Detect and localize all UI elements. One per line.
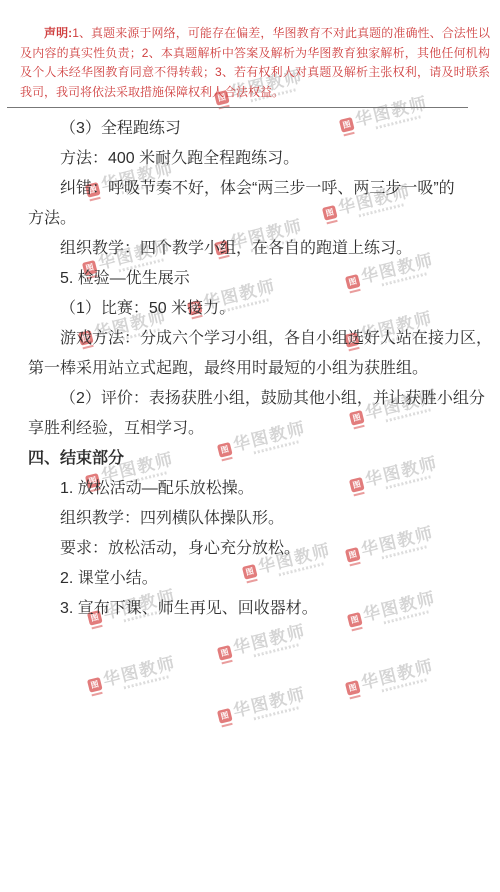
paragraph-line: 享胜利经验，互相学习。 (28, 414, 488, 444)
paragraph-line: 第一棒采用站立式起跑，最终用时最短的小组为获胜组。 (28, 354, 488, 384)
huatu-logo-glyph: 图 (345, 680, 361, 696)
huatu-logo-caption (350, 695, 361, 700)
paragraph: 2. 课堂小结。 (28, 564, 488, 594)
paragraph-line: 四、结束部分 (28, 444, 488, 474)
divider-line (7, 107, 468, 108)
paragraph-line: 3. 宣布下课、师生再见、回收器材。 (28, 594, 488, 624)
paragraph-line: 组织教学：四个教学小组，在各自的跑道上练习。 (28, 234, 488, 264)
huatu-logo-caption (352, 627, 363, 632)
huatu-logo-caption (222, 660, 233, 665)
huatu-logo-icon: 图 (217, 645, 234, 665)
paragraph: 1. 放松活动—配乐放松操。 (28, 474, 488, 504)
paragraph-line: 要求：放松活动，身心充分放松。 (28, 534, 488, 564)
paragraph-line: （3）全程跑练习 (28, 114, 488, 144)
watermark-subtext (254, 706, 299, 720)
huatu-watermark: 图华图教师 (86, 653, 179, 697)
paragraph: 3. 宣布下课、师生再见、回收器材。 (28, 594, 488, 624)
huatu-logo-caption (92, 625, 103, 630)
huatu-logo-icon: 图 (217, 708, 234, 728)
watermark-label: 华图教师 (359, 656, 435, 692)
paragraph-line: 方法：400 米耐久跑全程跑练习。 (28, 144, 488, 174)
paragraph-line: 纠错：呼吸节奏不好，体会“两三步一呼、两三步一吸”的 (28, 174, 488, 204)
huatu-watermark: 图华图教师 (216, 621, 309, 665)
paragraph: 纠错：呼吸节奏不好，体会“两三步一呼、两三步一吸”的方法。 (28, 174, 488, 234)
paragraph: （1）比赛：50 米接力。 (28, 294, 488, 324)
paragraph-line: 2. 课堂小结。 (28, 564, 488, 594)
watermark-label: 华图教师 (101, 653, 177, 689)
huatu-logo-glyph: 图 (87, 677, 103, 693)
disclaimer-body: 1、真题来源于网络，可能存在偏差，华图教育不对此真题的准确性、合法性以及内容的真… (20, 26, 490, 99)
paragraph: （3）全程跑练习 (28, 114, 488, 144)
paragraph-line: 5. 检验—优生展示 (28, 264, 488, 294)
paragraph-line: 组织教学：四列横队体操队形。 (28, 504, 488, 534)
paragraph-line: 方法。 (28, 204, 488, 234)
paragraph: 要求：放松活动，身心充分放松。 (28, 534, 488, 564)
huatu-logo-glyph: 图 (217, 708, 233, 724)
paragraph: 5. 检验—优生展示 (28, 264, 488, 294)
paragraph: 四、结束部分 (28, 444, 488, 474)
paragraph: 游戏方法：分成六个学习小组，各自小组选好人站在接力区，第一棒采用站立式起跑，最终… (28, 324, 488, 384)
watermark-subtext (382, 678, 427, 692)
paragraph-line: 1. 放松活动—配乐放松操。 (28, 474, 488, 504)
huatu-watermark: 图华图教师 (216, 684, 309, 728)
paragraph-line: （1）比赛：50 米接力。 (28, 294, 488, 324)
document-page: 图华图教师图华图教师图华图教师图华图教师图华图教师图华图教师图华图教师图华图教师… (0, 0, 500, 892)
paragraph-line: （2）评价：表扬获胜小组，鼓励其他小组，并让获胜小组分 (28, 384, 488, 414)
watermark-label: 华图教师 (231, 684, 307, 720)
watermark-subtext (254, 643, 299, 657)
watermark-subtext (124, 675, 169, 689)
lesson-plan-text: （3）全程跑练习方法：400 米耐久跑全程跑练习。纠错：呼吸节奏不好，体会“两三… (28, 114, 488, 624)
paragraph: 方法：400 米耐久跑全程跑练习。 (28, 144, 488, 174)
huatu-logo-caption (92, 692, 103, 697)
paragraph: 组织教学：四个教学小组，在各自的跑道上练习。 (28, 234, 488, 264)
paragraph-line: 游戏方法：分成六个学习小组，各自小组选好人站在接力区， (28, 324, 488, 354)
huatu-logo-glyph: 图 (217, 645, 233, 661)
paragraph: （2）评价：表扬获胜小组，鼓励其他小组，并让获胜小组分享胜利经验，互相学习。 (28, 384, 488, 444)
huatu-logo-icon: 图 (345, 680, 362, 700)
document-content: 声明:1、真题来源于网络，可能存在偏差，华图教育不对此真题的准确性、合法性以及内… (0, 24, 500, 624)
watermark-label: 华图教师 (231, 621, 307, 657)
paragraph: 组织教学：四列横队体操队形。 (28, 504, 488, 534)
huatu-watermark: 图华图教师 (344, 656, 437, 700)
huatu-logo-caption (222, 723, 233, 728)
disclaimer-label: 声明: (44, 26, 72, 40)
huatu-logo-icon: 图 (87, 677, 104, 697)
disclaimer-text: 声明:1、真题来源于网络，可能存在偏差，华图教育不对此真题的准确性、合法性以及内… (20, 24, 490, 102)
